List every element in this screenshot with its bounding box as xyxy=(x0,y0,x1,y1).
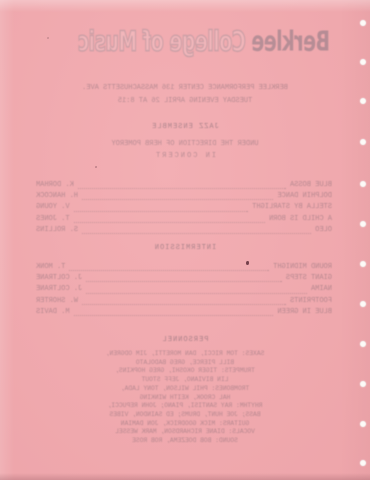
program-row: A CHILD IS BORN T. JONES xyxy=(36,215,332,226)
concert-title-block: JAZZ ENSEMBLE UNDER THE DIRECTION OF HER… xyxy=(0,121,370,162)
program-row: OLEO S. ROLLINS xyxy=(36,226,332,237)
punch-hole xyxy=(360,139,366,145)
punch-hole xyxy=(360,341,366,347)
punch-hole xyxy=(360,421,366,427)
logo-college-of-music-text: College of Music xyxy=(78,26,252,58)
ink-speck xyxy=(246,261,249,265)
title-line-3: IN CONCERT xyxy=(0,150,370,162)
program-row: GIANT STEPS J. COLTRANE xyxy=(36,274,332,285)
punch-hole xyxy=(360,261,366,267)
personnel-line: TROMBONES: PHIL WILSON, TONY LADA, xyxy=(0,385,370,394)
program-title: STELLA BY STARLIGHT xyxy=(252,203,332,211)
dotted-leader xyxy=(69,269,269,271)
punch-hole xyxy=(360,221,366,227)
intermission-heading: INTERMISSION xyxy=(0,244,370,252)
personnel-line: GUITARS: MICK GOODRICK, JON DAMIAN xyxy=(0,420,370,429)
program-title: FOOTPRINTS xyxy=(290,297,332,305)
program-credit: J. COLTRANE xyxy=(36,285,82,293)
personnel-line: BILL PIERCE, GREG BADOLATO xyxy=(0,359,370,368)
program-credit: H. HANCOCK xyxy=(36,192,78,200)
dotted-leader xyxy=(82,198,273,200)
personnel-line: TRUMPETS: TIGER OKOSHI, GREG HOPKINS, xyxy=(0,367,370,376)
dotted-leader xyxy=(82,303,286,305)
program-title: ROUND MIDNIGHT xyxy=(273,263,332,271)
dotted-leader xyxy=(74,221,265,223)
program-list-first-half: BLUE BOSSA K. DORHAM DOLPHIN DANCE H. HA… xyxy=(36,181,332,237)
program-credit: M. DAVIS xyxy=(36,308,70,316)
personnel-line: SAXES: TOM RICCI, DAN MORETTI, JIM ODGRE… xyxy=(0,350,370,359)
punch-hole xyxy=(360,301,366,307)
personnel-line: RHYTHM: RAY SANTISI, PIANO; JOHN REPUCCI… xyxy=(0,402,370,411)
berklee-logo: Berklee College of Music xyxy=(78,26,330,58)
program-title: GIANT STEPS xyxy=(286,274,332,282)
personnel-line: SOUND: BOB DOEZEMA, ROB ROSE xyxy=(0,437,370,446)
program-title: A CHILD IS BORN xyxy=(269,215,332,223)
personnel-line: HAL CROOK, KEITH WINKING xyxy=(0,394,370,403)
program-row: FOOTPRINTS W. SHORTER xyxy=(36,297,332,308)
title-line-1: JAZZ ENSEMBLE xyxy=(0,121,370,133)
punch-hole xyxy=(360,59,366,65)
program-row: ROUND MIDNIGHT T. MONK xyxy=(36,263,332,274)
program-title: OLEO xyxy=(315,226,332,234)
dotted-leader xyxy=(82,232,311,234)
personnel-line: VOCALS: DIANE RICHARDSON, MARK WESSEL xyxy=(0,428,370,437)
scanned-page: Berklee College of Music BERKLEE PERFORM… xyxy=(0,0,370,480)
program-credit: T. MONK xyxy=(36,263,65,271)
personnel-block: SAXES: TOM RICCI, DAN MORETTI, JIM ODGRE… xyxy=(0,350,370,446)
program-credit: T. JONES xyxy=(36,215,70,223)
punch-hole xyxy=(360,98,366,104)
letterhead-line-2: TUESDAY EVENING APRIL 26 AT 8:15 xyxy=(0,95,370,108)
program-row: BLUE BOSSA K. DORHAM xyxy=(36,181,332,192)
dotted-leader xyxy=(86,280,282,282)
dotted-leader xyxy=(86,292,307,294)
program-credit: J. COLTRANE xyxy=(36,274,82,282)
program-title: BLUE BOSSA xyxy=(290,181,332,189)
punch-hole xyxy=(360,381,366,387)
punch-hole xyxy=(360,20,366,26)
ink-speck xyxy=(95,166,97,168)
letterhead-line-1: BERKLEE PERFORMANCE CENTER 136 MASSACHUS… xyxy=(0,82,370,95)
program-row: STELLA BY STARLIGHT V. YOUNG xyxy=(36,203,332,214)
dotted-leader xyxy=(74,314,274,316)
dotted-leader xyxy=(74,210,249,212)
logo-berklee-text: Berklee xyxy=(252,26,330,58)
title-line-2: UNDER THE DIRECTION OF HERB POMEROY xyxy=(0,138,370,150)
program-list-second-half: ROUND MIDNIGHT T. MONK GIANT STEPS J. CO… xyxy=(36,263,332,319)
program-title: DOLPHIN DANCE xyxy=(277,192,332,200)
ink-speck xyxy=(47,37,49,39)
punch-hole xyxy=(360,181,366,187)
program-row: NAIMA J. COLTRANE xyxy=(36,285,332,296)
punch-hole xyxy=(360,460,366,466)
personnel-heading: PERSONNEL xyxy=(0,336,370,344)
program-title: NAIMA xyxy=(311,285,332,293)
bleedthrough-content: Berklee College of Music BERKLEE PERFORM… xyxy=(0,0,370,480)
program-title: BLUE IN GREEN xyxy=(277,308,332,316)
personnel-line: LIN BIVIANO, JEFF STOUT xyxy=(0,376,370,385)
program-credit: W. SHORTER xyxy=(36,297,78,305)
program-row: DOLPHIN DANCE H. HANCOCK xyxy=(36,192,332,203)
program-row: BLUE IN GREEN M. DAVIS xyxy=(36,308,332,319)
program-credit: S. ROLLINS xyxy=(36,226,78,234)
letterhead-block: BERKLEE PERFORMANCE CENTER 136 MASSACHUS… xyxy=(0,82,370,108)
personnel-line: BASS; JOE HUNT, DRUMS; ED SAINDON, VIBES xyxy=(0,411,370,420)
program-credit: V. YOUNG xyxy=(36,203,70,211)
program-credit: K. DORHAM xyxy=(36,181,74,189)
dotted-leader xyxy=(78,187,286,189)
